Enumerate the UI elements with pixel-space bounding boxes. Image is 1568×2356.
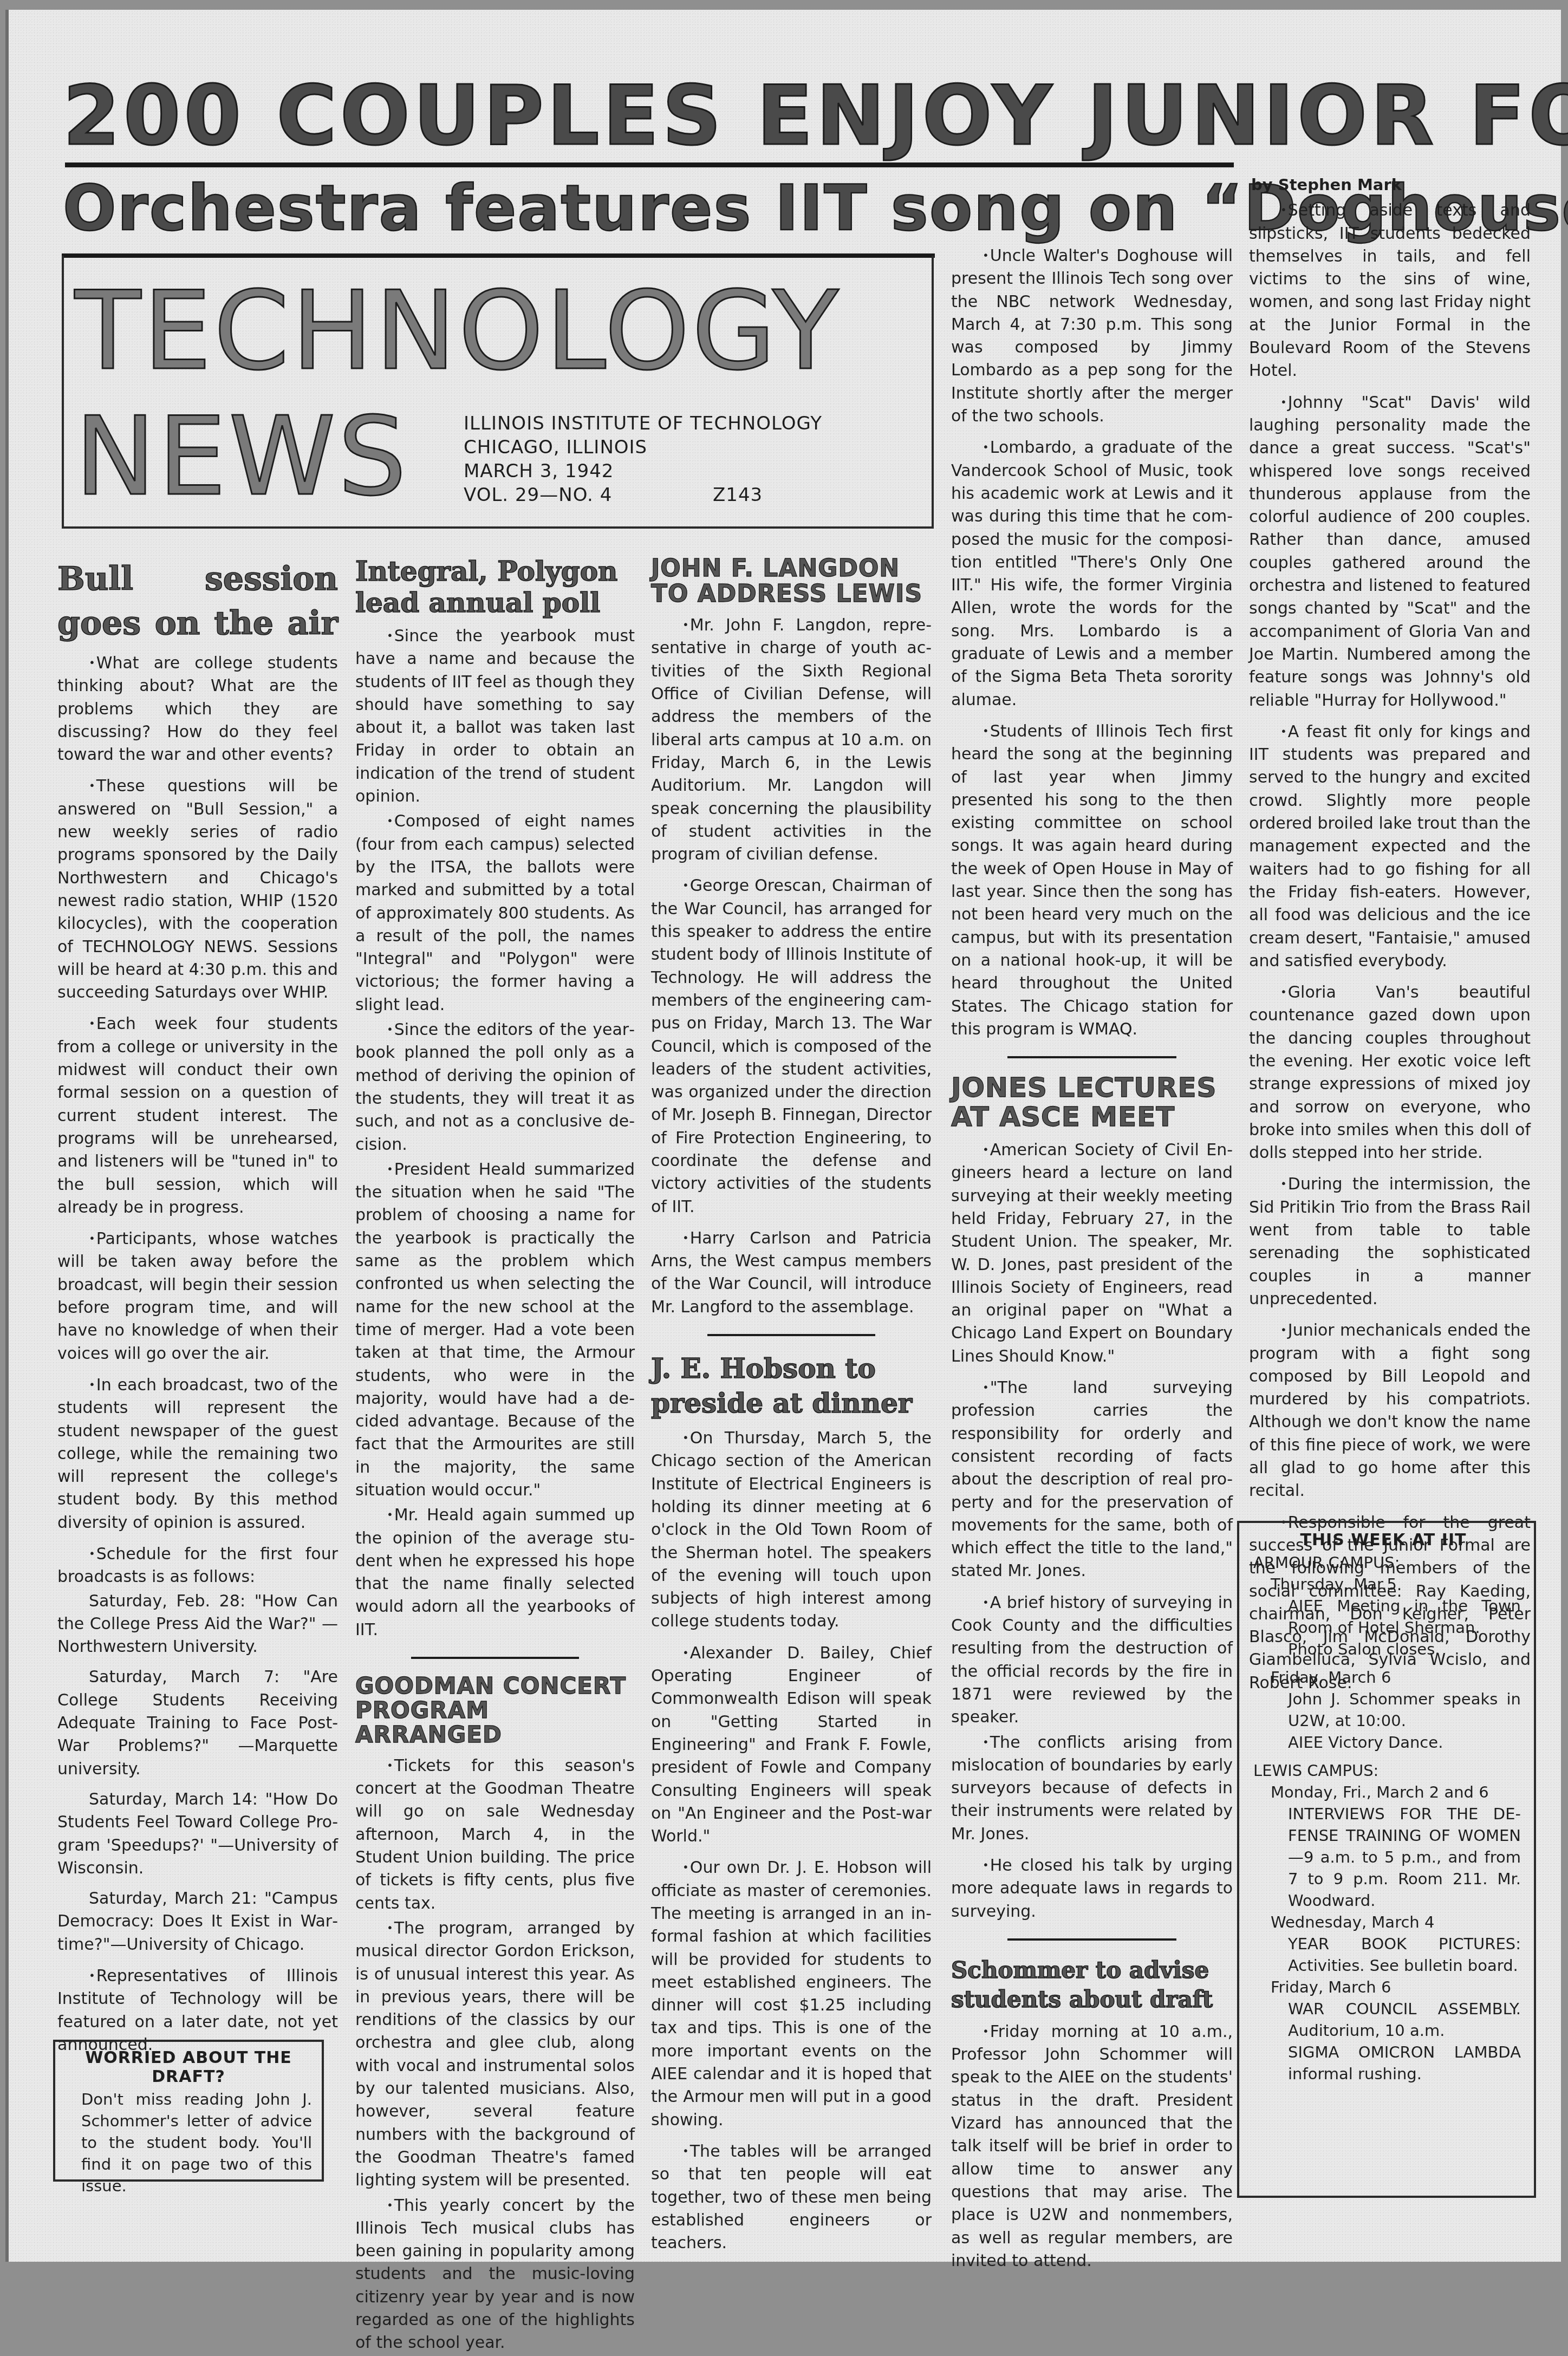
bullet-icon: • (983, 1381, 989, 1394)
event-day: Monday, Fri., March 2 and 6 (1271, 1781, 1521, 1803)
headline-goodman-concert: GOODMAN CONCERT PROGRAM ARRANGED (355, 1674, 635, 1747)
event-day: Wednesday, March 4 (1271, 1911, 1521, 1933)
event-day: Friday, March 6 (1271, 1667, 1521, 1688)
event-item: Photo Salon closes. (1288, 1638, 1521, 1660)
paragraph: •Mr. Heald again summed up the opinion o… (355, 1503, 635, 1642)
masthead-date: MARCH 3, 1942 (464, 459, 908, 483)
event-day: Thursday, Mar.5 (1271, 1573, 1521, 1595)
paragraph: •Since the editors of the year­book plan… (355, 1018, 635, 1156)
article-integral-polygon: Integral, Polygon lead annual poll •Sinc… (355, 556, 635, 2270)
paragraph: •In each broadcast, two of the students … (57, 1373, 338, 1534)
bullet-icon: • (1280, 395, 1287, 408)
bullet-icon: • (682, 1431, 689, 1444)
schedule-item: Saturday, March 14: "How Do Students Fee… (57, 1788, 338, 1880)
bullet-icon: • (89, 656, 95, 669)
paragraph: •Lombardo, a graduate of the Vandercook … (951, 435, 1233, 712)
paragraph: •Since the yearbook must have a name and… (355, 624, 635, 808)
masthead-city: CHICAGO, ILLINOIS (464, 435, 908, 459)
bullet-icon: • (387, 1508, 393, 1521)
section-divider (707, 1334, 876, 1336)
section-divider (1007, 1938, 1176, 1941)
paragraph: •Gloria Van's beautiful counten­ance gaz… (1249, 980, 1531, 1164)
paragraph: •Participants, whose watches will be tak… (57, 1227, 338, 1365)
paragraph: •Alexander D. Bailey, Chief Op­erating E… (651, 1641, 932, 1849)
schedule-item: Saturday, Feb. 28: "How Can the College … (57, 1590, 338, 1659)
bullet-icon: • (1280, 985, 1287, 998)
bullet-icon: • (89, 1232, 95, 1245)
paragraph: •Tickets for this season's concert at th… (355, 1754, 635, 1915)
paragraph: •American Society of Civil En­gineers he… (951, 1138, 1233, 1368)
paragraph: •What are college students think­ing abo… (57, 651, 338, 766)
paragraph: •"The land surveying profession carries … (951, 1376, 1233, 1583)
headline-langdon: JOHN F. LANGDON TO ADDRESS LEWIS (651, 556, 932, 607)
bullet-icon: • (89, 1969, 95, 1982)
draft-box-body: Don't miss reading John J. Schommer's le… (81, 2088, 312, 2197)
bullet-icon: • (89, 1378, 95, 1391)
paragraph: •On Thursday, March 5, the Chi­cago sect… (651, 1426, 932, 1633)
draft-notice-box: WORRIED ABOUT THE DRAFT? Don't miss read… (53, 2040, 324, 2182)
bullet-icon: • (682, 2144, 689, 2157)
schedule-item: Saturday, March 7: "Are College Students… (57, 1666, 338, 1780)
bullet-icon: • (983, 1596, 989, 1609)
banner-headline: 200 COUPLES ENJOY JUNIOR FORMAL (63, 75, 1536, 157)
event-item: AIEE Meeting in the Town Room of Hotel S… (1288, 1595, 1521, 1638)
headline-schommer: Schommer to advise students about draft (951, 1956, 1233, 2014)
paragraph: •The conflicts arising from mis­location… (951, 1730, 1233, 1846)
bullet-icon: • (89, 779, 95, 792)
headline-hobson: J. E. Hobson to preside at dinner (651, 1351, 932, 1421)
bullet-icon: • (682, 618, 689, 631)
bullet-icon: • (983, 440, 989, 453)
event-item: INTERVIEWS FOR THE DE­FENSE TRAINING OF … (1288, 1803, 1521, 1911)
bullet-icon: • (1280, 1323, 1287, 1336)
headline-jones: JONES LECTURES AT ASCE MEET (951, 1073, 1233, 1131)
bullet-icon: • (1280, 1177, 1287, 1190)
bullet-icon: • (387, 814, 393, 827)
subheadline: Orchestra features IIT song on “Doghouse… (63, 175, 1216, 242)
paragraph: •George Orescan, Chairman of the War Cou… (651, 874, 932, 1218)
masthead-info: ILLINOIS INSTITUTE OF TECHNOLOGY CHICAGO… (464, 412, 908, 507)
paragraph: •This yearly concert by the Illi­nois Te… (355, 2194, 635, 2270)
bullet-icon: • (983, 724, 989, 737)
this-week-body: ARMOUR CAMPUS: Thursday, Mar.5 AIEE Meet… (1246, 1552, 1521, 2085)
paragraph: •Students of Illinois Tech first heard t… (951, 719, 1233, 1041)
draft-box-title: WORRIED ABOUT THE DRAFT? (65, 2048, 312, 2086)
paragraph: •Composed of eight names (four from each… (355, 809, 635, 1017)
bullet-icon: • (387, 2198, 393, 2211)
article-junior-formal: by Stephen Mark •Setting aside texts and… (1249, 173, 1531, 1702)
section-divider (1007, 1056, 1176, 1058)
paragraph: •Harry Carlson and Patricia Arns, the We… (651, 1226, 932, 1319)
paragraph: •Schedule for the first four broadcasts … (57, 1542, 338, 1589)
paragraph: •The program, arranged by mu­sical direc… (355, 1916, 635, 2192)
paragraph: •A brief history of surveying in Cook Co… (951, 1591, 1233, 1729)
event-item: SIGMA OMICRON LAM­BDA informal rushing. (1288, 2041, 1521, 2085)
paragraph: •Friday morning at 10 a.m., Professor Jo… (951, 2020, 1233, 2270)
event-item: WAR COUNCIL ASSEM­BLY. Auditorium, 10 a.… (1288, 1998, 1521, 2041)
masthead-volume: VOL. 29—NO. 4 (464, 483, 713, 507)
paragraph: •Setting aside texts and slipsticks, IIT… (1249, 198, 1531, 382)
campus-heading: LEWIS CAMPUS: (1253, 1760, 1521, 1781)
headline-integral-polygon: Integral, Polygon lead annual poll (355, 556, 635, 619)
bullet-icon: • (387, 1162, 393, 1175)
bullet-icon: • (983, 1735, 989, 1748)
masthead-institution: ILLINOIS INSTITUTE OF TECHNOLOGY (464, 412, 908, 435)
bullet-icon: • (89, 1547, 95, 1560)
paragraph: •Junior mechanicals ended the program wi… (1249, 1318, 1531, 1502)
bullet-icon: • (1280, 725, 1287, 738)
event-item: John J. Schommer speaks in U2W, at 10:00… (1288, 1688, 1521, 1732)
paragraph: •Each week four students from a college … (57, 1012, 338, 1219)
paragraph: •The tables will be arranged so that ten… (651, 2139, 932, 2255)
bullet-icon: • (1280, 203, 1287, 216)
bullet-icon: • (983, 1143, 989, 1156)
article-doghouse: •Uncle Walter's Doghouse will present th… (951, 244, 1233, 2270)
masthead-title-news: NEWS (75, 403, 409, 511)
bullet-icon: • (387, 1921, 393, 1934)
bullet-icon: • (387, 1023, 393, 1036)
section-divider (411, 1657, 579, 1659)
bullet-icon: • (983, 1858, 989, 1871)
schedule-item: Saturday, March 21: "Campus Democracy: D… (57, 1888, 338, 1956)
bullet-icon: • (682, 878, 689, 891)
bullet-icon: • (682, 1860, 689, 1873)
bullet-icon: • (983, 2025, 989, 2038)
bullet-icon: • (682, 1646, 689, 1659)
masthead-code: Z143 (713, 483, 763, 507)
paragraph: •Johnny "Scat" Davis' wild laugh­ing per… (1249, 391, 1531, 712)
paragraph: •A feast fit only for kings and IIT stud… (1249, 720, 1531, 973)
bullet-icon: • (387, 1759, 393, 1772)
bullet-icon: • (682, 1231, 689, 1244)
bullet-icon: • (983, 249, 989, 262)
article-bull-session: Bull session goes on the air •What are c… (57, 557, 338, 2064)
article-langdon: JOHN F. LANGDON TO ADDRESS LEWIS •Mr. Jo… (651, 556, 932, 2262)
event-item: YEAR BOOK PICTURES: Activities. See bull… (1288, 1933, 1521, 1976)
campus-heading: ARMOUR CAMPUS: (1253, 1552, 1521, 1573)
paragraph: •Uncle Walter's Doghouse will present th… (951, 244, 1233, 428)
paragraph: •During the intermission, the Sid Pritik… (1249, 1172, 1531, 1311)
masthead-title-technology: TECHNOLOGY (75, 277, 925, 386)
paragraph: •These questions will be answered on "Bu… (57, 774, 338, 1004)
masthead: TECHNOLOGY NEWS ILLINOIS INSTITUTE OF TE… (62, 256, 934, 529)
this-week-box: THIS WEEK AT IIT ARMOUR CAMPUS: Thursday… (1237, 1521, 1536, 2198)
byline: by Stephen Mark (1251, 173, 1531, 196)
headline-bull-session: Bull session goes on the air (57, 557, 338, 646)
paragraph: •Our own Dr. J. E. Hobson will officiate… (651, 1856, 932, 2132)
event-day: Friday, March 6 (1271, 1976, 1521, 1998)
event-item: AIEE Victory Dance. (1288, 1732, 1521, 1753)
paragraph: •Mr. John F. Langdon, repre­sentative in… (651, 613, 932, 866)
paragraph: •President Heald summarized the situatio… (355, 1157, 635, 1502)
newspaper-page: 200 COUPLES ENJOY JUNIOR FORMAL Orchestr… (5, 10, 1561, 2262)
bullet-icon: • (89, 1017, 95, 1030)
bullet-icon: • (387, 629, 393, 642)
this-week-title: THIS WEEK AT IIT (1246, 1531, 1521, 1550)
banner-rule (65, 162, 1234, 167)
paragraph: •He closed his talk by urging more adequ… (951, 1853, 1233, 1923)
